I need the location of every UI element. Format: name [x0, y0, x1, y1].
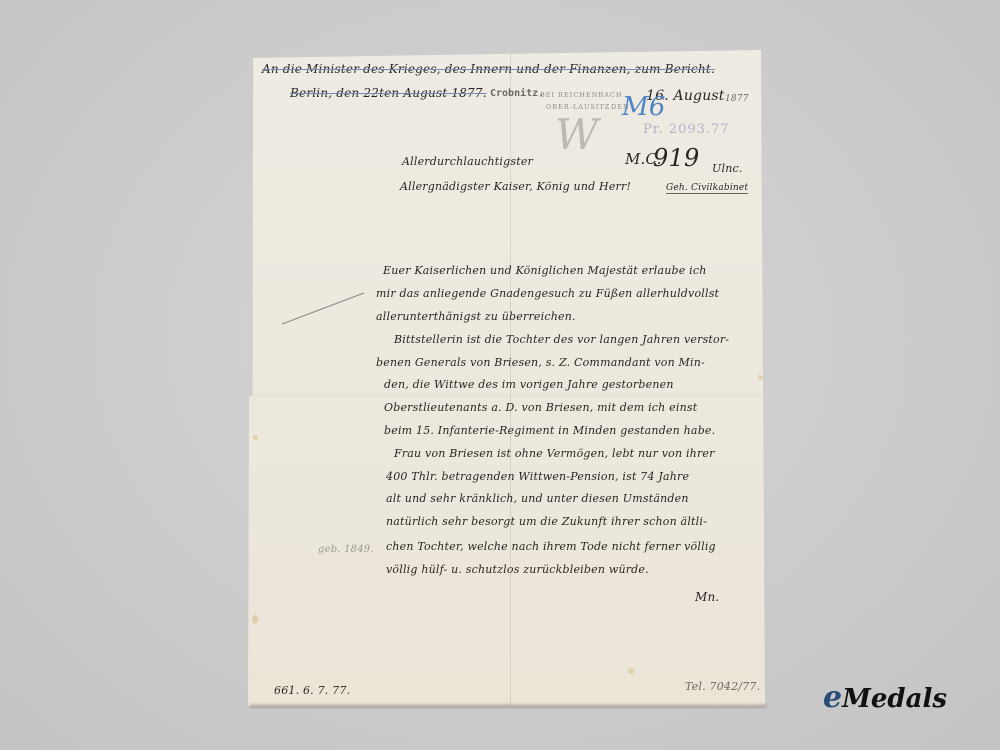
foxing-stain [758, 375, 763, 380]
logo-initial: e [823, 680, 842, 715]
emedals-logo: eMedals [823, 680, 947, 715]
blue-pencil-mark: M6 [622, 92, 666, 122]
body-line: Euer Kaiserlichen und Königlichen Majest… [383, 264, 707, 277]
foxing-stain [252, 615, 258, 624]
foxing-stain [628, 668, 634, 674]
body-line: beim 15. Infanterie-Regiment in Minden g… [384, 424, 715, 437]
foxing-stain [253, 435, 258, 440]
body-line: chen Tochter, welche nach ihrem Tode nic… [386, 540, 716, 553]
horizontal-fold-line [248, 395, 765, 396]
logo-text: Medals [842, 684, 947, 714]
salutation-line2: Allergnädigster Kaiser, König und Herr! [400, 180, 631, 193]
body-line: völlig hülf- u. schutzlos zurückbleiben … [386, 563, 649, 576]
salutation-line1: Allerdurchlauchtigster [402, 155, 533, 168]
body-line: 400 Thlr. betragenden Wittwen-Pension, i… [386, 470, 689, 483]
received-stamp: Pr. 2093.77 [643, 122, 730, 137]
body-line: Oberstlieutenants a. D. von Briesen, mit… [384, 401, 697, 414]
body-line: allerunterthänigst zu überreichen. [376, 310, 576, 323]
pencil-stroke [280, 290, 370, 330]
reference-sub: Geh. Civilkabinet [666, 183, 748, 194]
body-line: Frau von Briesen ist ohne Vermögen, lebt… [394, 447, 715, 460]
reference-suffix: Ulnc. [712, 162, 743, 175]
letterhead-line-a: BEI REICHENBACH [540, 91, 623, 99]
footer-right-reference: Tel. 7042/77. [685, 680, 760, 693]
body-line: mir das anliegende Gnadengesuch zu Füßen… [376, 287, 719, 300]
body-line: Bittstellerin ist die Tochter des vor la… [394, 333, 729, 346]
body-line: benen Generals von Briesen, s. Z. Comman… [376, 356, 705, 369]
body-line: den, die Wittwe des im vorigen Jahre ges… [384, 378, 674, 391]
letter-year: 1877 [725, 94, 749, 104]
body-line: alt und sehr kränklich, und unter diesen… [386, 492, 689, 505]
letterhead-place: Crobnitz. [490, 88, 544, 99]
reference-number: 919 [653, 144, 699, 172]
footer-left-reference: 661. 6. 7. 77. [274, 684, 350, 697]
margin-note: geb. 1849. [318, 544, 374, 555]
signature: Mn. [695, 590, 719, 604]
top-annotation-line1: An die Minister des Krieges, des Innern … [262, 62, 715, 76]
body-line: natürlich sehr besorgt um die Zukunft ih… [386, 515, 707, 528]
top-annotation-line2: Berlin, den 22ten August 1877. [290, 86, 487, 100]
pencil-mark: W [555, 110, 598, 159]
paper-shadow [250, 704, 766, 708]
